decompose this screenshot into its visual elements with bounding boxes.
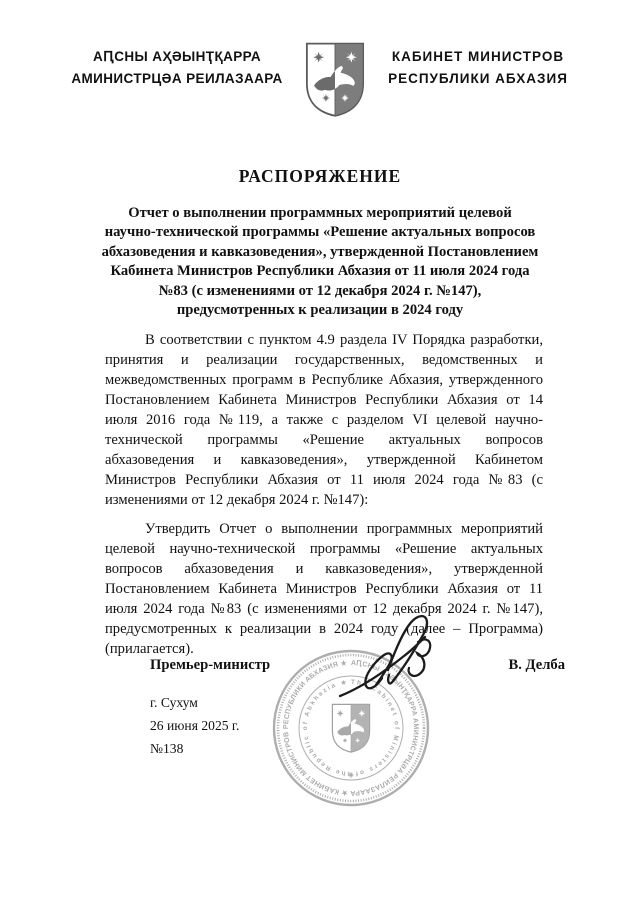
- abkhazia-coat-of-arms-icon: [303, 40, 367, 118]
- paragraph: Утвердить Отчет о выполнении программных…: [105, 519, 543, 659]
- date-line: 26 июня 2025 г.: [150, 714, 239, 737]
- document-page: АԤСНЫ АҲӘЫНҬҚАРРААМИНИСТРЦӘА РЕИЛАЗААРА …: [0, 0, 640, 905]
- document-type-title: РАСПОРЯЖЕНИЕ: [0, 166, 640, 187]
- document-body: В соответствии с пунктом 4.9 раздела IV …: [105, 330, 543, 659]
- signatory-name: В. Делба: [508, 657, 565, 674]
- place-date-block: г. Сухум 26 июня 2025 г. №138: [150, 691, 239, 760]
- document-subject: Отчет о выполнении программных мероприят…: [72, 204, 568, 320]
- paragraph: В соответствии с пунктом 4.9 раздела IV …: [105, 330, 543, 510]
- signature-position-title: Премьер-министр: [150, 657, 270, 674]
- letterhead: АԤСНЫ АҲӘЫНҬҚАРРААМИНИСТРЦӘА РЕИЛАЗААРА …: [58, 40, 582, 118]
- handwritten-signature: [338, 610, 448, 712]
- city-line: г. Сухум: [150, 691, 239, 714]
- org-name-russian: КАБИНЕТ МИНИСТРОВРЕСПУБЛИКИ АБХАЗИЯ: [374, 40, 582, 89]
- org-name-abkhaz: АԤСНЫ АҲӘЫНҬҚАРРААМИНИСТРЦӘА РЕИЛАЗААРА: [58, 40, 296, 89]
- document-number: №138: [150, 737, 239, 760]
